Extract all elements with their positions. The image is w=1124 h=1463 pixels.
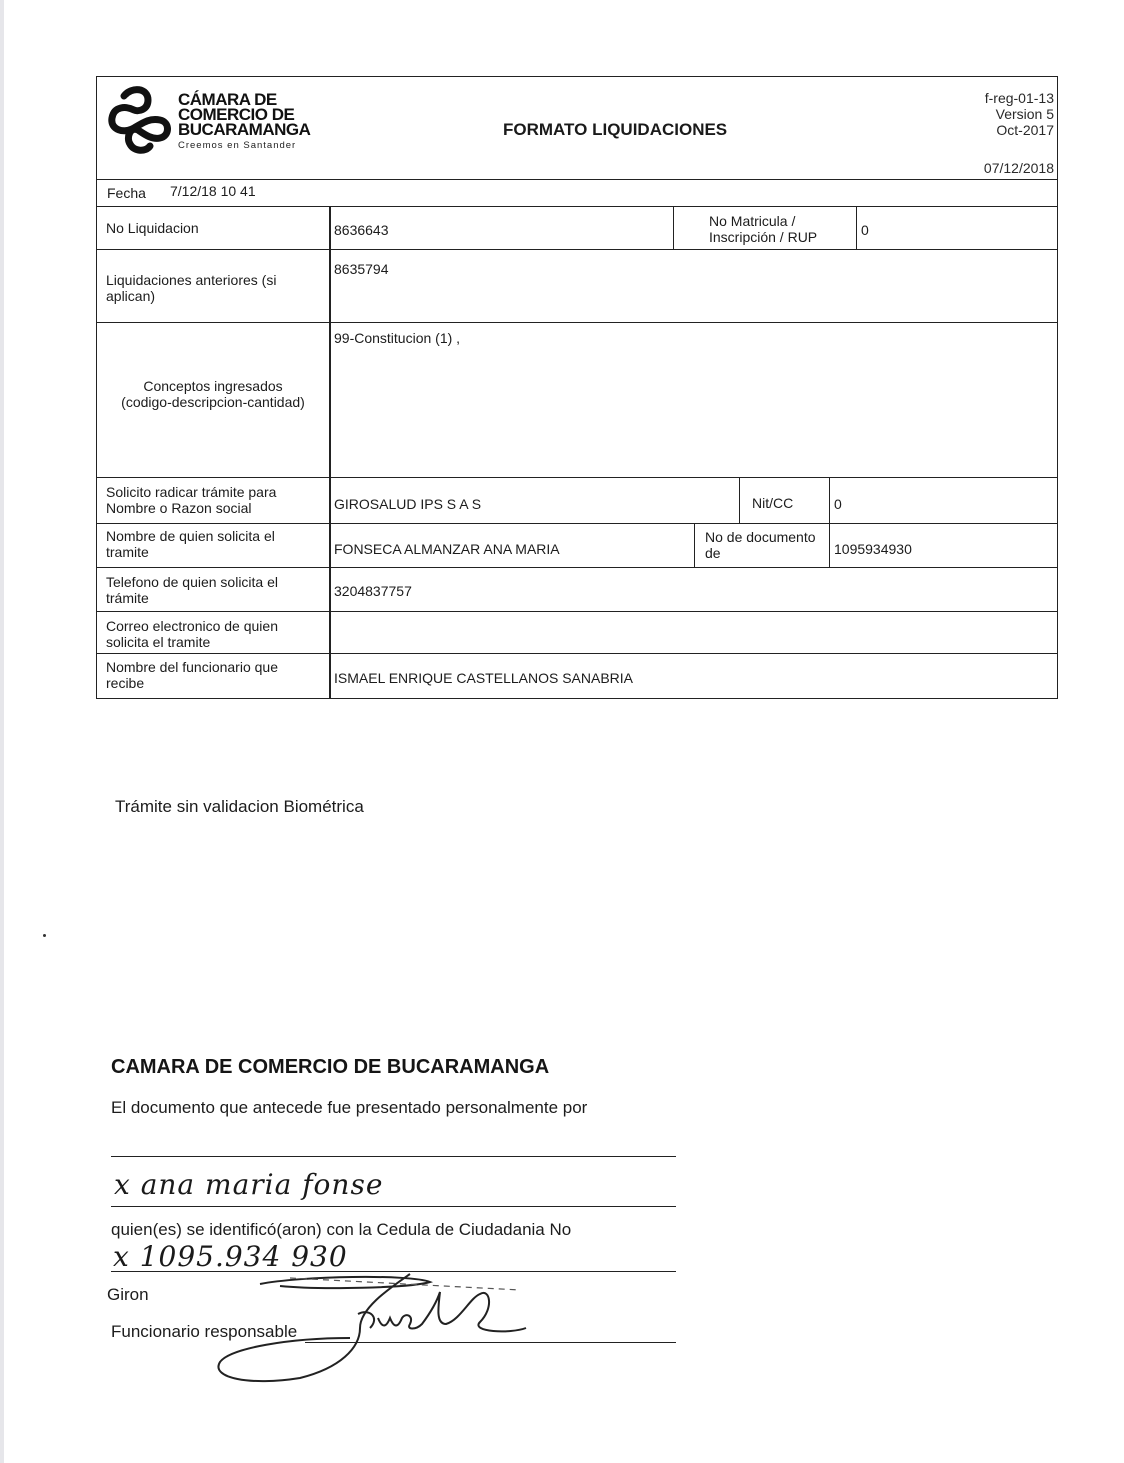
page-edge [0, 0, 4, 1463]
certification-title: CAMARA DE COMERCIO DE BUCARAMANGA [111, 1056, 549, 1079]
razon-social-label: Solicito radicar trámite para Nombre o R… [106, 484, 276, 516]
nit-cc-value: 0 [834, 496, 842, 512]
col-divider [829, 477, 830, 523]
biometric-note: Trámite sin validacion Biométrica [115, 797, 364, 817]
no-matricula-label: No Matricula / Inscripción / RUP [709, 213, 817, 245]
liquidaciones-anteriores-value: 8635794 [334, 261, 389, 277]
no-liquidacion-label: No Liquidacion [106, 220, 199, 236]
solicitante-label: Nombre de quien solicita el tramite [106, 528, 275, 560]
col-divider [829, 523, 830, 567]
col-divider [329, 206, 331, 699]
row-divider [96, 322, 1058, 323]
liquidaciones-anteriores-label: Liquidaciones anteriores (si aplican) [106, 272, 276, 304]
scan-speck [43, 934, 46, 937]
fecha-value: 7/12/18 10 41 [170, 183, 256, 199]
org-tagline: Creemos en Santander [178, 140, 296, 151]
col-divider [856, 206, 857, 249]
row-divider [96, 653, 1058, 654]
signature-line-blank [111, 1156, 676, 1157]
funcionario-value: ISMAEL ENRIQUE CASTELLANOS SANABRIA [334, 670, 633, 686]
signature-line-name [111, 1206, 676, 1207]
conceptos-value: 99-Constitucion (1) , [334, 330, 460, 346]
telefono-label: Telefono de quien solicita el trámite [106, 574, 278, 606]
org-name-line-3: BUCARAMANGA [178, 122, 310, 137]
chamber-logo-icon [104, 84, 174, 156]
handwritten-name: x ana maria fonse [114, 1168, 383, 1201]
no-documento-label: No de documento de [705, 529, 816, 561]
official-signature-icon [210, 1268, 540, 1388]
no-liquidacion-value: 8636643 [334, 222, 389, 238]
no-documento-value: 1095934930 [834, 541, 912, 557]
fecha-label: Fecha [107, 185, 146, 201]
row-divider [96, 611, 1058, 612]
form-code: f-reg-01-13 [985, 90, 1054, 106]
col-divider [739, 477, 740, 523]
funcionario-label: Nombre del funcionario que recibe [106, 659, 278, 691]
telefono-value: 3204837757 [334, 583, 412, 599]
no-matricula-value: 0 [861, 222, 869, 238]
city-text: Giron [107, 1285, 149, 1305]
form-title: FORMATO LIQUIDACIONES [503, 120, 727, 140]
form-meta: f-reg-01-13 Version 5 Oct-2017 [985, 90, 1054, 138]
correo-label: Correo electronico de quien solicita el … [106, 618, 278, 650]
razon-social-value: GIROSALUD IPS S A S [334, 496, 481, 512]
conceptos-label: Conceptos ingresados (codigo-descripcion… [98, 378, 328, 410]
identified-text: quien(es) se identificó(aron) con la Ced… [111, 1220, 571, 1240]
org-name: CÁMARA DE COMERCIO DE BUCARAMANGA [178, 92, 310, 137]
row-divider [96, 249, 1058, 250]
solicitante-value: FONSECA ALMANZAR ANA MARIA [334, 541, 560, 557]
col-divider [673, 206, 674, 249]
nit-cc-label: Nit/CC [752, 495, 793, 511]
form-version: Version 5 [985, 106, 1054, 122]
col-divider [694, 523, 695, 567]
row-divider [96, 523, 1058, 524]
row-divider [96, 567, 1058, 568]
row-divider [96, 477, 1058, 478]
form-version-date: Oct-2017 [985, 122, 1054, 138]
presented-by-text: El documento que antecede fue presentado… [111, 1098, 587, 1118]
print-date: 07/12/2018 [984, 160, 1054, 176]
